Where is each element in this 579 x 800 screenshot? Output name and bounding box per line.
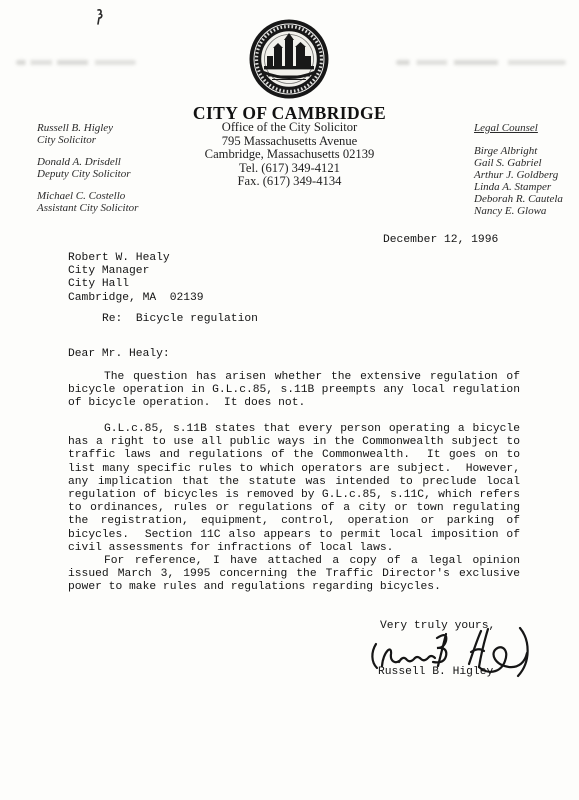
counsel-name: Birge Albright (474, 145, 563, 157)
recipient-line: City Hall (68, 278, 204, 291)
official-title: Assistant City Solicitor (37, 202, 138, 214)
counsel-name: Linda A. Stamper (474, 181, 563, 193)
scan-artifact-mark (92, 8, 106, 26)
counsel-name: Arthur J. Goldberg (474, 169, 563, 181)
official-name: Donald A. Drisdell (37, 156, 138, 168)
recipient-line: Robert W. Healy (68, 252, 204, 265)
counsel-name: Deborah R. Cautela (474, 193, 563, 205)
letter-page: CITY OF CAMBRIDGE Office of the City Sol… (0, 0, 579, 800)
city-of-cambridge-seal-icon (248, 18, 330, 100)
officials-column: Russell B. Higley City Solicitor Donald … (37, 122, 138, 224)
re-line: Re: Bicycle regulation (102, 313, 258, 326)
scan-smudge-left (16, 60, 136, 65)
scan-smudge-right (396, 60, 566, 65)
legal-counsel-heading: Legal Counsel (474, 122, 563, 134)
official-title: City Solicitor (37, 134, 138, 146)
recipient-block: Robert W. Healy City Manager City Hall C… (68, 252, 204, 305)
recipient-line: City Manager (68, 265, 204, 278)
legal-counsel-names: Birge Albright Gail S. Gabriel Arthur J.… (474, 145, 563, 218)
official-name: Russell B. Higley (37, 122, 138, 134)
recipient-line: Cambridge, MA 02139 (68, 292, 204, 305)
official-entry: Michael C. Costello Assistant City Solic… (37, 190, 138, 214)
letter-date: December 12, 1996 (383, 234, 498, 247)
signed-name: Russell B. Higley (378, 666, 493, 679)
body-paragraph-3: For reference, I have attached a copy of… (68, 555, 520, 595)
counsel-name: Gail S. Gabriel (474, 157, 563, 169)
official-entry: Russell B. Higley City Solicitor (37, 122, 138, 146)
counsel-name: Nancy E. Glowa (474, 205, 563, 217)
body-paragraph-2: G.L.c.85, s.11B states that every person… (68, 423, 520, 555)
official-title: Deputy City Solicitor (37, 168, 138, 180)
official-name: Michael C. Costello (37, 190, 138, 202)
salutation: Dear Mr. Healy: (68, 348, 170, 361)
legal-counsel-column: Legal Counsel Birge Albright Gail S. Gab… (474, 122, 563, 218)
body-paragraph-1: The question has arisen whether the exte… (68, 371, 520, 411)
official-entry: Donald A. Drisdell Deputy City Solicitor (37, 156, 138, 180)
